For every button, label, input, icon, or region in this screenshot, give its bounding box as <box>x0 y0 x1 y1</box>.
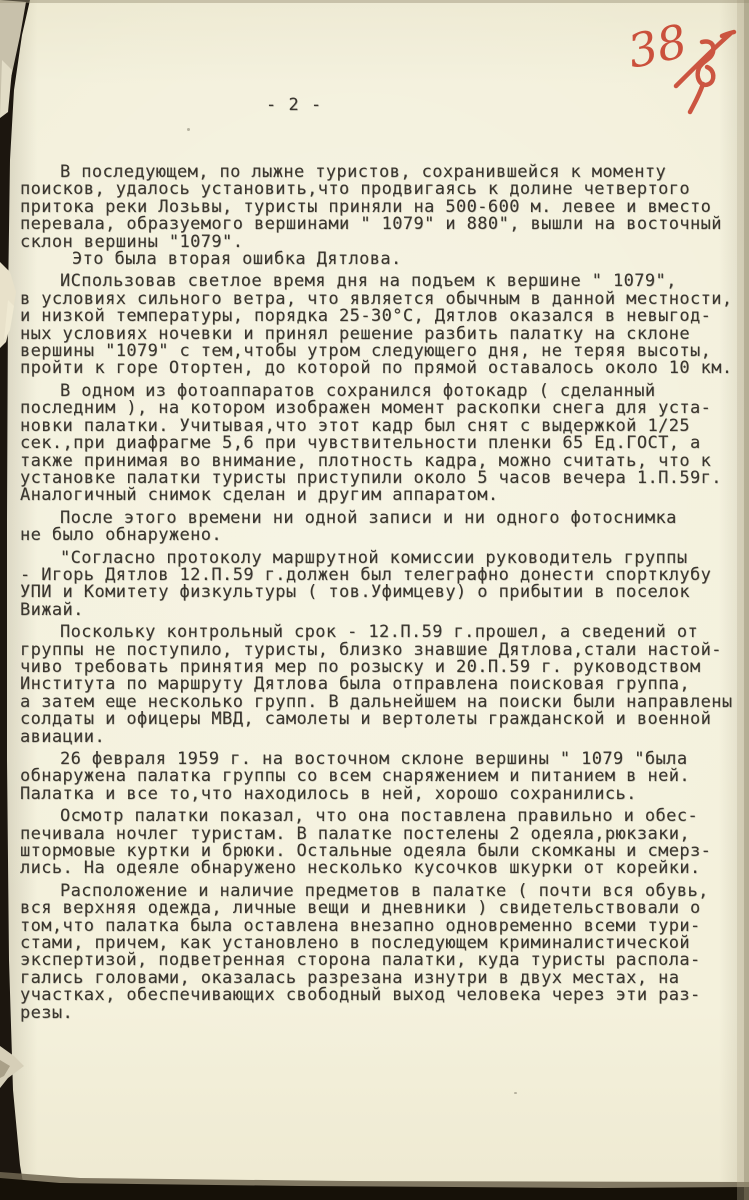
paragraph-route-protocol: "Согласно протоколу маршрутной комиссии … <box>20 550 738 620</box>
torn-corner <box>0 0 26 118</box>
paragraph-search-started: Поскольку контрольный срок - 12.П.59 г.п… <box>20 624 738 746</box>
top-edge-shade <box>0 0 749 3</box>
paragraph-camp-decision: ИСпользовав светлое время дня на подъем … <box>20 273 738 377</box>
lower-tear-flap <box>0 1046 24 1088</box>
right-edge-shade-dark <box>744 0 749 1200</box>
paragraph-photo-frame: В одном из фотоаппаратов сохранился фото… <box>20 383 738 505</box>
left-tear-highlight <box>4 300 14 340</box>
page-number: - 2 - <box>266 96 322 114</box>
document-page: - 2 - В последующем, по лыжне туристов, … <box>0 0 749 1200</box>
lower-tear-shadow <box>0 1060 10 1078</box>
paper-speck <box>187 128 190 131</box>
paragraph-trail-findings: В последующем, по лыжне туристов, сохран… <box>20 164 738 251</box>
paper-speck <box>514 1092 517 1094</box>
paragraph-second-mistake: Это была вторая ошибка Дятлова. <box>20 251 738 268</box>
paragraph-no-records: После этого времени ни одной записи и ни… <box>20 510 738 545</box>
stamp-number: 38 <box>623 14 691 79</box>
paragraph-tent-inspection: Осмотр палатки показал, что она поставле… <box>20 808 738 878</box>
document-body: В последующем, по лыжне туристов, сохран… <box>20 164 738 1022</box>
crossed-out-digit-scribble <box>676 32 734 112</box>
right-edge-shade <box>737 0 749 1200</box>
torn-corner-highlight <box>0 60 12 118</box>
handwritten-red-page-stamp: 38 <box>618 10 748 130</box>
left-tear-flap <box>0 262 16 348</box>
paragraph-tent-cuts: Расположение и наличие предметов в палат… <box>20 883 738 1022</box>
bottom-edge-shadow <box>0 1178 749 1200</box>
paragraph-tent-found: 26 февраля 1959 г. на восточном склоне в… <box>20 751 738 803</box>
bottom-edge-midtone <box>0 1172 749 1200</box>
